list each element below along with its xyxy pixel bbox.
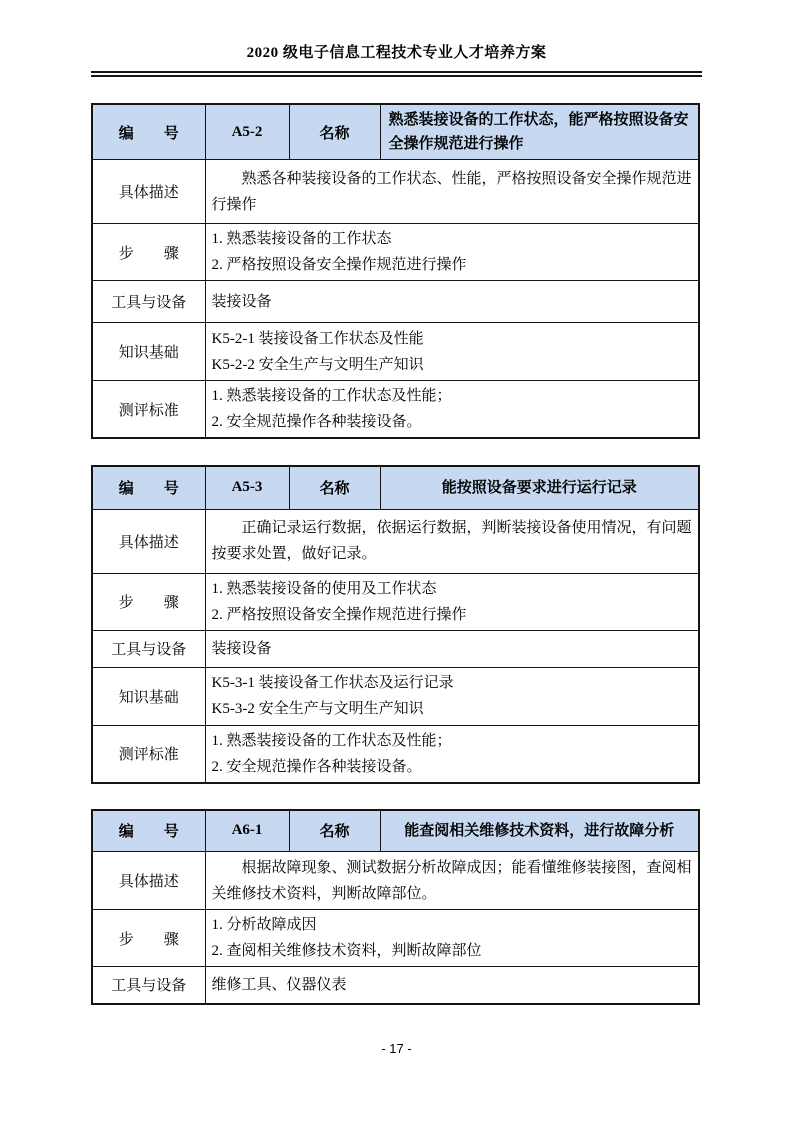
task-table-a6-1: 编 号 A6-1 名称 能查阅相关维修技术资料，进行故障分析 具体描述 根据故障… <box>91 809 700 1005</box>
text-line: 2. 查阅相关维修技术资料，判断故障部位 <box>212 938 693 964</box>
description-paragraph: 正确记录运行数据，依据运行数据，判断装接设备使用情况，有问题按要求处置，做好记录… <box>212 515 693 567</box>
row-label-cell: 工具与设备 <box>92 630 205 667</box>
row-label-cell: 具体描述 <box>92 509 205 573</box>
description-paragraph: 熟悉各种装接设备的工作状态、性能，严格按照设备安全操作规范进行操作 <box>212 166 693 218</box>
task-table-a5-2: 编 号 A5-2 名称 熟悉装接设备的工作状态，能严格按照设备安全操作规范进行操… <box>91 103 700 439</box>
table-row-knowledge: 知识基础 K5-3-1 装接设备工作状态及运行记录K5-3-2 安全生产与文明生… <box>92 667 699 725</box>
row-content-cell: K5-2-1 装接设备工作状态及性能K5-2-2 安全生产与文明生产知识 <box>205 323 699 381</box>
row-label-cell: 步 骤 <box>92 224 205 281</box>
name-label-cell: 名称 <box>289 810 380 852</box>
task-table-a5-3: 编 号 A5-3 名称 能按照设备要求进行运行记录 具体描述 正确记录运行数据，… <box>91 465 700 784</box>
table-row-evaluation: 测评标准 1. 熟悉装接设备的工作状态及性能；2. 安全规范操作各种装接设备。 <box>92 725 699 783</box>
text-line: K5-2-1 装接设备工作状态及性能 <box>212 326 693 352</box>
page-content: 2020 级电子信息工程技术专业人才培养方案 编 号 A5-2 名称 熟悉装接设… <box>0 0 793 1056</box>
row-content-cell: 1. 熟悉装接设备的使用及工作状态2. 严格按照设备安全操作规范进行操作 <box>205 573 699 630</box>
text-line: 2. 安全规范操作各种装接设备。 <box>212 409 693 435</box>
table-row-steps: 步 骤 1. 熟悉装接设备的工作状态2. 严格按照设备安全操作规范进行操作 <box>92 224 699 281</box>
text-line: 1. 熟悉装接设备的工作状态 <box>212 226 693 252</box>
code-label-cell: 编 号 <box>92 466 205 509</box>
text-line: 2. 严格按照设备安全操作规范进行操作 <box>212 602 693 628</box>
text-line: 1. 分析故障成因 <box>212 912 693 938</box>
table-row-steps: 步 骤 1. 熟悉装接设备的使用及工作状态2. 严格按照设备安全操作规范进行操作 <box>92 573 699 630</box>
row-content-cell: 1. 分析故障成因2. 查阅相关维修技术资料，判断故障部位 <box>205 910 699 967</box>
row-content-cell: 1. 熟悉装接设备的工作状态及性能；2. 安全规范操作各种装接设备。 <box>205 381 699 439</box>
row-content-cell: 根据故障现象、测试数据分析故障成因；能看懂维修装接图，查阅相关维修技术资料，判断… <box>205 852 699 910</box>
row-content-cell: 1. 熟悉装接设备的工作状态2. 严格按照设备安全操作规范进行操作 <box>205 224 699 281</box>
row-content-cell: 熟悉各种装接设备的工作状态、性能，严格按照设备安全操作规范进行操作 <box>205 160 699 224</box>
text-line: 2. 严格按照设备安全操作规范进行操作 <box>212 252 693 278</box>
code-label-cell: 编 号 <box>92 810 205 852</box>
document-page: 2020 级电子信息工程技术专业人才培养方案 编 号 A5-2 名称 熟悉装接设… <box>0 0 793 1122</box>
table-row-knowledge: 知识基础 K5-2-1 装接设备工作状态及性能K5-2-2 安全生产与文明生产知… <box>92 323 699 381</box>
row-label-cell: 知识基础 <box>92 667 205 725</box>
row-label-cell: 具体描述 <box>92 160 205 224</box>
text-line: 维修工具、仪器仪表 <box>212 972 693 998</box>
task-title-cell: 熟悉装接设备的工作状态，能严格按照设备安全操作规范进行操作 <box>380 104 699 160</box>
row-label-cell: 测评标准 <box>92 381 205 439</box>
name-label-cell: 名称 <box>289 466 380 509</box>
text-line: K5-3-1 装接设备工作状态及运行记录 <box>212 670 693 696</box>
row-label-cell: 工具与设备 <box>92 281 205 323</box>
row-label-cell: 工具与设备 <box>92 967 205 1004</box>
code-value-cell: A5-2 <box>205 104 289 160</box>
header-double-rule <box>91 71 702 77</box>
row-content-cell: K5-3-1 装接设备工作状态及运行记录K5-3-2 安全生产与文明生产知识 <box>205 667 699 725</box>
table-header-row: 编 号 A6-1 名称 能查阅相关维修技术资料，进行故障分析 <box>92 810 699 852</box>
table-row-tools: 工具与设备 维修工具、仪器仪表 <box>92 967 699 1004</box>
table-row-tools: 工具与设备 装接设备 <box>92 281 699 323</box>
row-label-cell: 知识基础 <box>92 323 205 381</box>
row-content-cell: 维修工具、仪器仪表 <box>205 967 699 1004</box>
text-line: 装接设备 <box>212 289 693 315</box>
table-header-row: 编 号 A5-3 名称 能按照设备要求进行运行记录 <box>92 466 699 509</box>
row-content-cell: 装接设备 <box>205 281 699 323</box>
table-row-description: 具体描述 正确记录运行数据，依据运行数据，判断装接设备使用情况，有问题按要求处置… <box>92 509 699 573</box>
code-value-cell: A5-3 <box>205 466 289 509</box>
text-line: 1. 熟悉装接设备的使用及工作状态 <box>212 576 693 602</box>
row-label-cell: 测评标准 <box>92 725 205 783</box>
table-row-evaluation: 测评标准 1. 熟悉装接设备的工作状态及性能；2. 安全规范操作各种装接设备。 <box>92 381 699 439</box>
table-row-steps: 步 骤 1. 分析故障成因2. 查阅相关维修技术资料，判断故障部位 <box>92 910 699 967</box>
table-row-description: 具体描述 熟悉各种装接设备的工作状态、性能，严格按照设备安全操作规范进行操作 <box>92 160 699 224</box>
row-content-cell: 装接设备 <box>205 630 699 667</box>
text-line: 1. 熟悉装接设备的工作状态及性能； <box>212 383 693 409</box>
page-number: - 17 - <box>91 1041 702 1056</box>
task-title-cell: 能查阅相关维修技术资料，进行故障分析 <box>380 810 699 852</box>
row-content-cell: 1. 熟悉装接设备的工作状态及性能；2. 安全规范操作各种装接设备。 <box>205 725 699 783</box>
row-label-cell: 步 骤 <box>92 573 205 630</box>
text-line: 1. 熟悉装接设备的工作状态及性能； <box>212 728 693 754</box>
table-row-tools: 工具与设备 装接设备 <box>92 630 699 667</box>
description-paragraph: 根据故障现象、测试数据分析故障成因；能看懂维修装接图，查阅相关维修技术资料，判断… <box>212 855 693 907</box>
row-content-cell: 正确记录运行数据，依据运行数据，判断装接设备使用情况，有问题按要求处置，做好记录… <box>205 509 699 573</box>
table-header-row: 编 号 A5-2 名称 熟悉装接设备的工作状态，能严格按照设备安全操作规范进行操… <box>92 104 699 160</box>
text-line: 2. 安全规范操作各种装接设备。 <box>212 754 693 780</box>
row-label-cell: 步 骤 <box>92 910 205 967</box>
document-header-title: 2020 级电子信息工程技术专业人才培养方案 <box>91 0 702 64</box>
text-line: 装接设备 <box>212 636 693 662</box>
code-value-cell: A6-1 <box>205 810 289 852</box>
row-label-cell: 具体描述 <box>92 852 205 910</box>
code-label-cell: 编 号 <box>92 104 205 160</box>
text-line: K5-3-2 安全生产与文明生产知识 <box>212 696 693 722</box>
task-title-cell: 能按照设备要求进行运行记录 <box>380 466 699 509</box>
name-label-cell: 名称 <box>289 104 380 160</box>
table-row-description: 具体描述 根据故障现象、测试数据分析故障成因；能看懂维修装接图，查阅相关维修技术… <box>92 852 699 910</box>
text-line: K5-2-2 安全生产与文明生产知识 <box>212 352 693 378</box>
